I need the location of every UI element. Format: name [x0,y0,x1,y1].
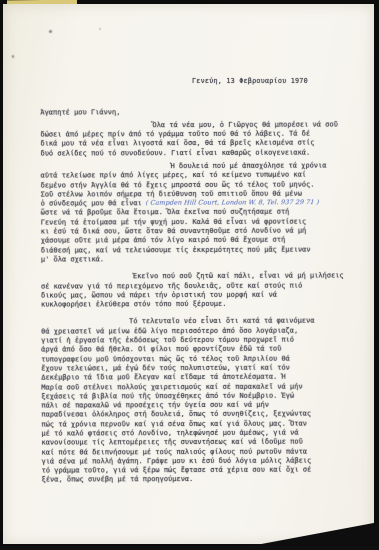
typed-line: δυό σελίδες πού τό συνοδεύουν. Γιατί εἶν… [40,148,366,158]
paragraph: Ἐκεῖνο πού σοῦ ζητῶ καί πάλι, εἶναι νά μ… [41,272,367,310]
letter-page: Γενεύη, 13 Φεβρουαρίου 1970 Ἀγαπητέ μου … [3,4,374,544]
paragraph: Ἡ δουλειά πού μέ ἀπασχόλησε τά χρόνιααὐτ… [41,161,367,264]
letter-paragraphs: Ὅλα τά νέα μου, ὁ Γιῶργος θά μπορέσει νά… [40,120,367,485]
salutation: Ἀγαπητέ μου Γιάννη, [40,107,366,117]
scan-mark [12,55,14,58]
paragraph: Ὅλα τά νέα μου, ὁ Γιῶργος θά μπορέσει νά… [40,120,366,158]
scan-bottom-edge [0,546,379,550]
scan-mark [99,28,101,30]
typed-line: ξένα, ὅπως συνέβη μέ τά προηγούμενα. [42,475,368,485]
scanned-letter: Γενεύη, 13 Φεβρουαρίου 1970 Ἀγαπητέ μου … [0,0,379,550]
typed-line: μ' ὅλα σχετικά. [41,254,367,264]
paragraph: Τό τελευταῖο νέο εἶναι ὅτι κατά τά φαινό… [41,317,368,485]
letter-body: Ἀγαπητέ μου Γιάννη, Ὅλα τά νέα μου, ὁ Γι… [40,107,367,493]
date-line: Γενεύη, 13 Φεβρουαρίου 1970 [192,77,308,85]
handwritten-annotation: ( Campden Hill Court, London W. 8, Tel. … [146,198,320,208]
typed-line: κυκλοφορήσει ἐλεύθερα στόν τόπο πού ξέρο… [41,300,367,310]
scan-mark [49,30,52,33]
